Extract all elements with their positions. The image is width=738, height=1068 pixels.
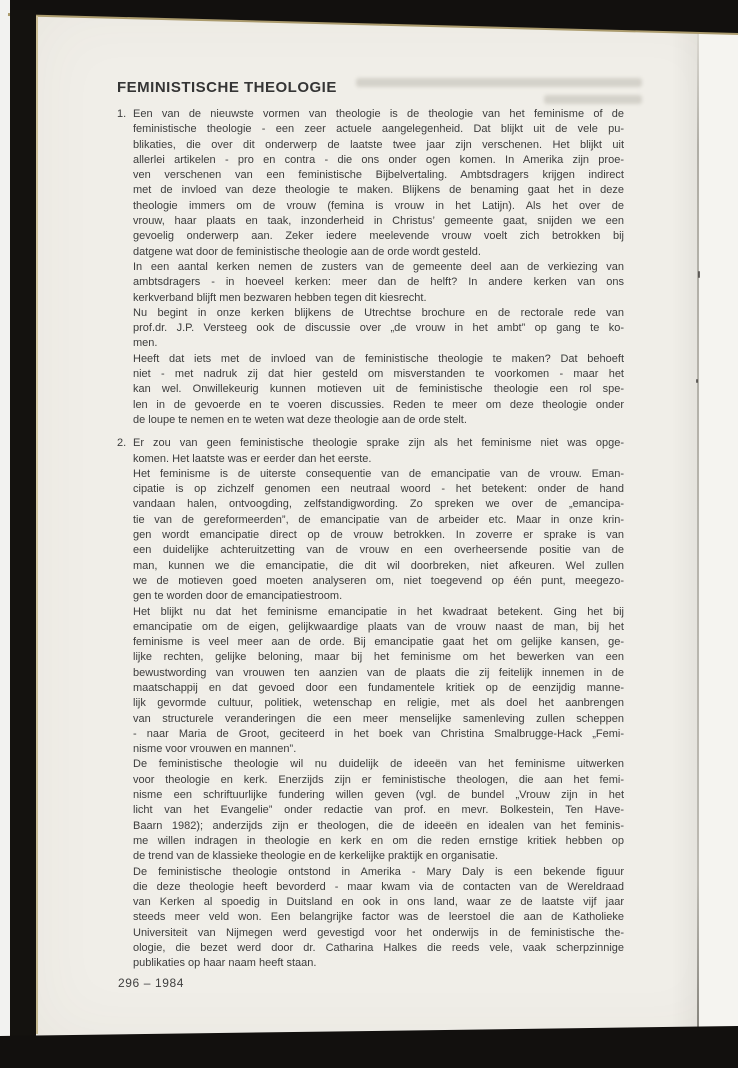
show-through-text-ghost [544,95,642,104]
paragraph: De feministische theologie ontstond in A… [133,865,624,972]
text-line: Er zou van geen feministische theologie … [133,436,624,451]
article-title: FEMINISTISCHE THEOLOGIE [117,79,337,96]
text-line: we de motieven goed moeten analyseren om… [133,574,624,589]
text-line: lijk gevormde cultuur, politiek, wetensc… [133,696,624,711]
show-through-text-ghost [356,78,642,87]
text-line: feministische theologie - een zeer actue… [133,122,624,137]
text-line: voor theologie en kerk. Enerzijds zijn e… [133,773,624,788]
text-line: Baarn 1982); anderzijds zijn er theologe… [133,819,624,834]
scan-speck [698,271,700,278]
paragraph: Het blijkt nu dat het feminisme emancipa… [133,605,624,758]
scanned-page: FEMINISTISCHE THEOLOGIE 1.Een van de nie… [0,0,738,1068]
scan-speck [696,379,698,383]
text-line: licht van het Evangelie” onder redactie … [133,803,624,818]
text-line: nisme voor vrouwen en mannen”. [133,742,624,757]
page-edge-line [697,26,699,1031]
text-line: ologie, die bezet werd door dr. Catharin… [133,941,624,956]
paragraph: Er zou van geen feministische theologie … [133,436,624,467]
text-line: ambtsdragers - in hoeveel kerken: meer d… [133,275,624,290]
text-line: Het feminisme is de uiterste consequenti… [133,467,624,482]
text-line: kerkverband blijft men bezwaren hebben t… [133,291,624,306]
text-line: lijke rechten, gelijke beloning, maar bi… [133,650,624,665]
text-line: De feministische theologie wil nu duidel… [133,757,624,772]
text-line: kan wel. Onwillekeurig kunnen motieven u… [133,382,624,397]
text-line: Nu begint in onze kerken blijkens de Utr… [133,306,624,321]
list-number: 1. [117,107,131,122]
text-line: tie van de gereformeerden”, de emancipat… [133,513,624,528]
text-line: gen wordt emancipatie direct op de vrouw… [133,528,624,543]
text-line: Een van de nieuwste vormen van theologie… [133,107,624,122]
text-line: me willen indragen in theologie en kerk … [133,834,624,849]
page-curvature-shadow [671,8,697,1042]
text-line: een duidelijke achteruitzetting van de v… [133,543,624,558]
text-line: allerlei artikelen - pro en contra - die… [133,153,624,168]
text-line: met de invloed van deze theologie te mak… [133,183,624,198]
book-page: FEMINISTISCHE THEOLOGIE 1.Een van de nie… [34,8,738,1042]
text-line: Heeft dat iets met de invloed van de fem… [133,352,624,367]
paragraph: Heeft dat iets met de invloed van de fem… [133,352,624,428]
page-number-footer: 296 – 1984 [118,976,184,990]
text-line: Het blijkt nu dat het feminisme emancipa… [133,605,624,620]
text-line: die deze theologie heeft bevorderd - maa… [133,880,624,895]
text-line: ven verschenen van een feministische Bij… [133,168,624,183]
text-line: men. [133,336,624,351]
text-line: komen. Het laatste was er eerder dan het… [133,452,624,467]
text-line: de loupe te nemen en te weten wat deze t… [133,413,624,428]
paragraph: Het feminisme is de uiterste consequenti… [133,467,624,605]
text-line: Universiteit van Nijmegen werd gevestigd… [133,926,624,941]
text-line: gevoelig onderwerp aan. Zeker iedere mee… [133,229,624,244]
text-line: niet - met nadruk zij dat hier gesteld o… [133,367,624,382]
text-line: In een aantal kerken nemen de zusters va… [133,260,624,275]
paragraph: In een aantal kerken nemen de zusters va… [133,260,624,306]
text-line: vrouw, haar plaats en taak, inzonderheid… [133,214,624,229]
text-line: feminisme is veel meer aan de orde. Bij … [133,635,624,650]
scan-frame-left [10,10,36,1042]
text-line: gen te worden door de emancipatiestroom. [133,589,624,604]
text-line: - naar Maria de Groot, geciteerd in het … [133,727,624,742]
text-line: prof.dr. J.P. Versteeg ook de discussie … [133,321,624,336]
scanner-edge-strip [0,0,10,1040]
list-item: 2.Er zou van geen feministische theologi… [117,436,624,971]
paragraph: Nu begint in onze kerken blijkens de Utr… [133,306,624,352]
text-line: van Kerken al spoedig in Duitsland en oo… [133,895,624,910]
text-line: De feministische theologie ontstond in A… [133,865,624,880]
text-line: de trend van de klassieke theologie en d… [133,849,624,864]
text-line: bewustwording van vrouwen ten aanzien va… [133,666,624,681]
paragraph: De feministische theologie wil nu duidel… [133,757,624,864]
list-number: 2. [117,436,131,451]
paragraph: Een van de nieuwste vormen van theologie… [133,107,624,260]
text-line: datgene wat door de feministische theolo… [133,245,624,260]
text-line: vandaan halen, ontvoogding, zelfstandigw… [133,497,624,512]
text-line: theologie immers om de vrouw (femina is … [133,199,624,214]
text-line: len in de gevoerde en te voeren discussi… [133,398,624,413]
text-line: emancipatie om de eigen, gelijkwaardige … [133,620,624,635]
text-line: cipatie is op zichzelf genomen een neutr… [133,482,624,497]
text-line: maatschappij en dat gevoed door een fund… [133,681,624,696]
text-line: steeds meer veld won. Een belangrijke fa… [133,910,624,925]
article-items: 1.Een van de nieuwste vormen van theolog… [117,107,624,972]
page-fore-edge [699,8,738,1042]
text-line: publikaties op haar naam heeft staan. [133,956,624,971]
list-item: 1.Een van de nieuwste vormen van theolog… [117,107,624,428]
text-line: blikaties, die over dit onderwerp de laa… [133,138,624,153]
text-line: man, kunnen we die emancipatie, die dit … [133,559,624,574]
text-line: nisme een schriftuurlijke fundering will… [133,788,624,803]
text-line: van structurele veranderingen die een me… [133,712,624,727]
